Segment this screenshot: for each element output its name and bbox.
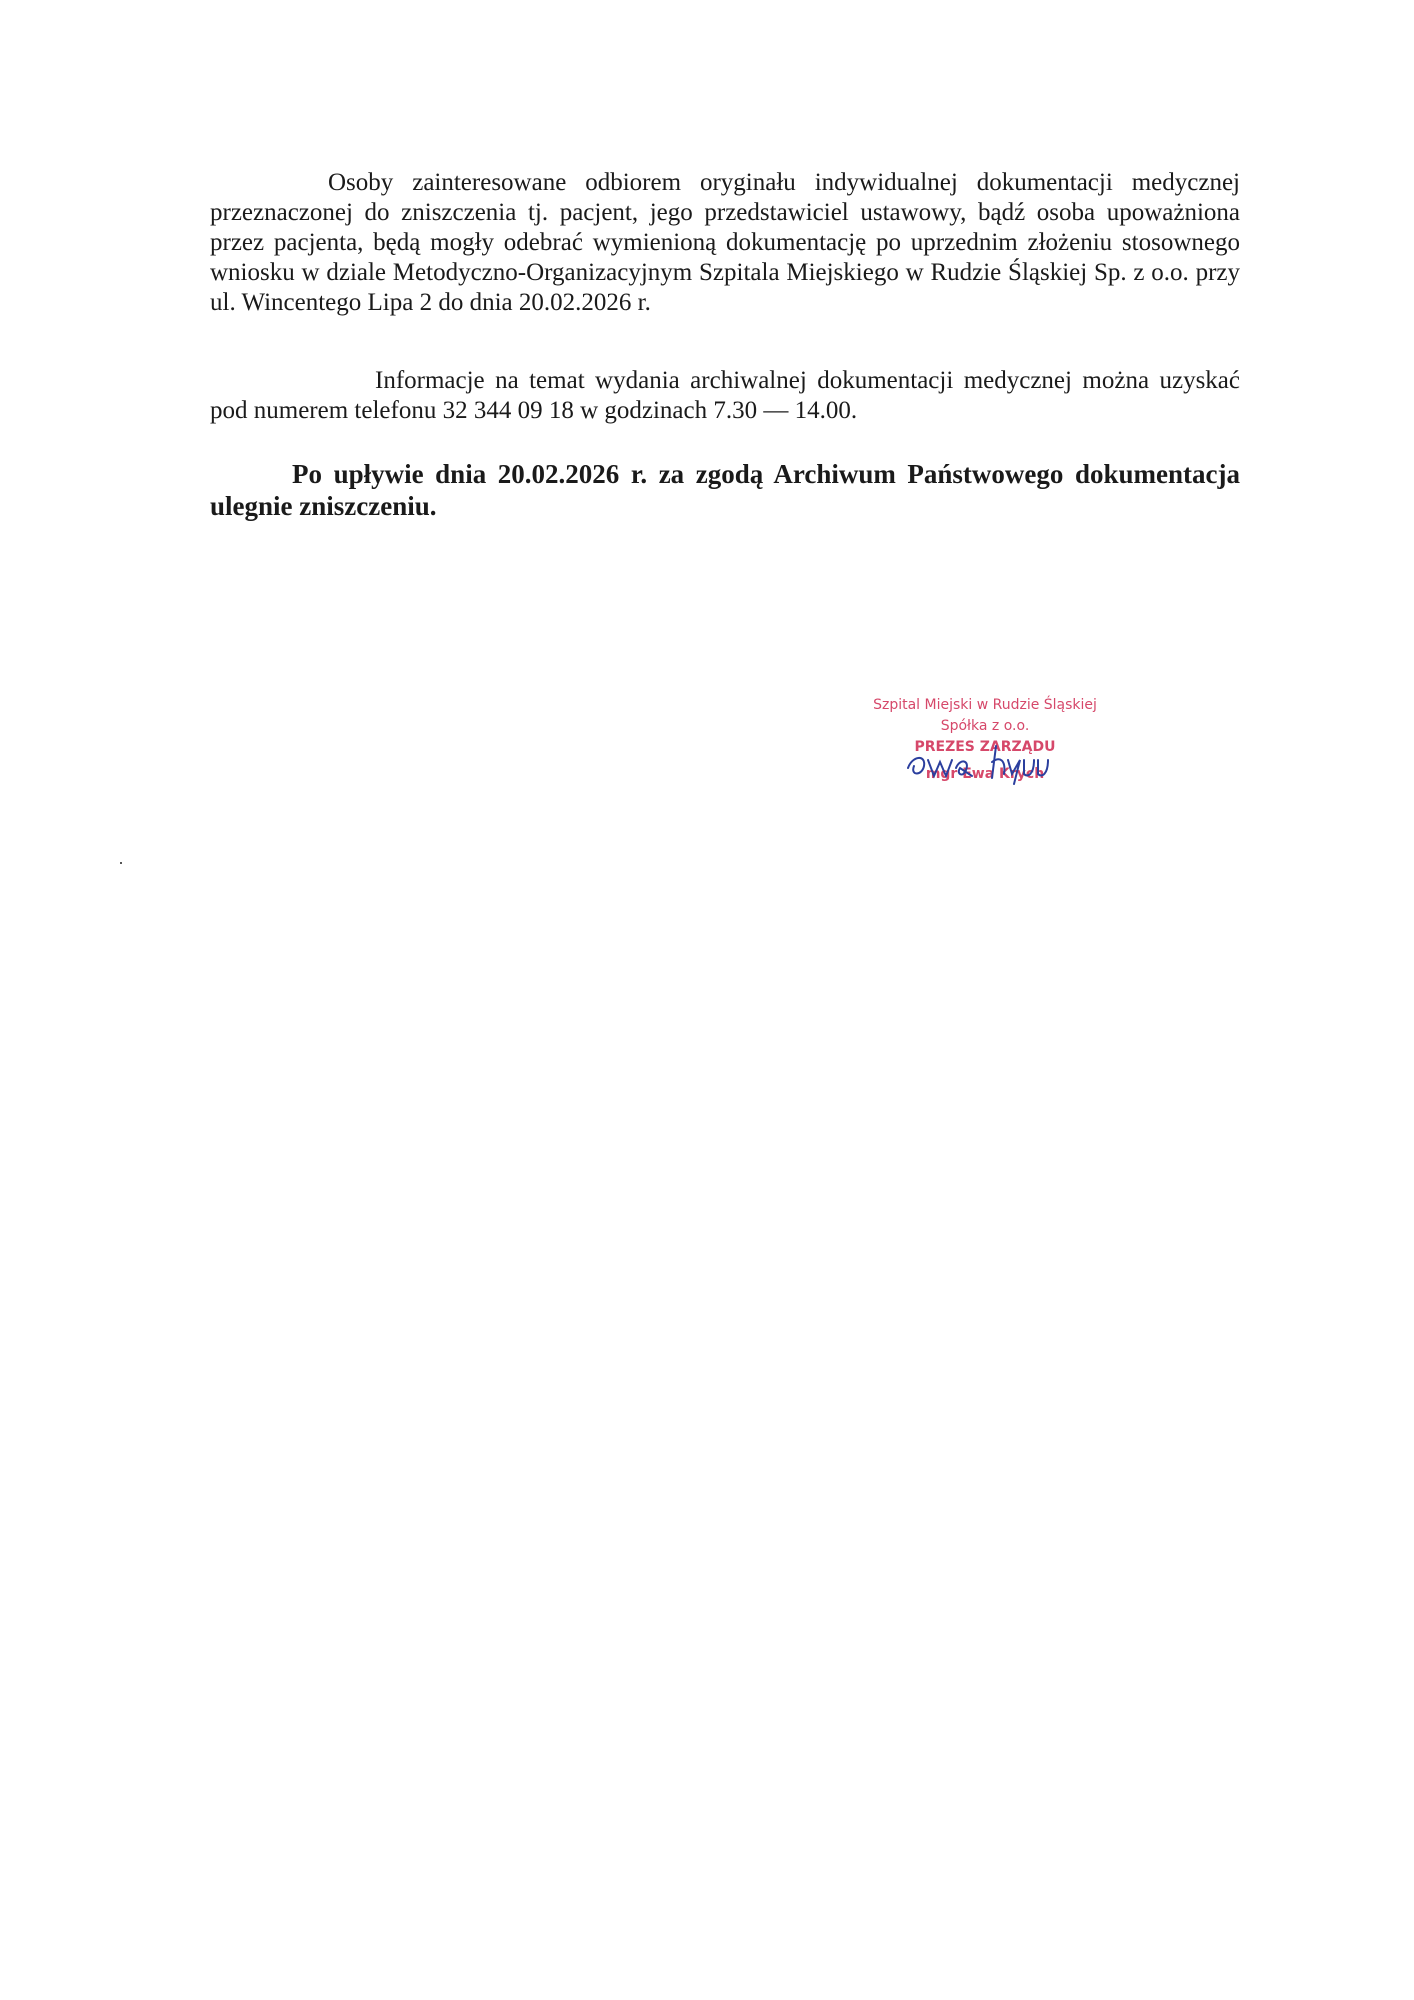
signature-icon [900, 738, 1070, 788]
paragraph-contact-info: Informacje na temat wydania archiwalnej … [210, 366, 1240, 426]
paragraph-destruction-notice: Po upływie dnia 20.02.2026 r. za zgodą A… [210, 458, 1240, 522]
paragraph-document-pickup: Osoby zainteresowane odbiorem oryginału … [210, 168, 1240, 318]
scan-speck [120, 862, 122, 864]
handwritten-signature [900, 738, 1070, 788]
paragraph-text: Po upływie dnia 20.02.2026 r. za zgodą A… [210, 459, 1240, 521]
document-page: Osoby zainteresowane odbiorem oryginału … [0, 0, 1414, 2000]
stamp-company-type: Spółka z o.o. [840, 716, 1130, 737]
paragraph-text: Informacje na temat wydania archiwalnej … [210, 367, 1240, 424]
stamp-institution: Szpital Miejski w Rudzie Śląskiej [840, 695, 1130, 716]
paragraph-text: Osoby zainteresowane odbiorem oryginału … [210, 169, 1240, 316]
